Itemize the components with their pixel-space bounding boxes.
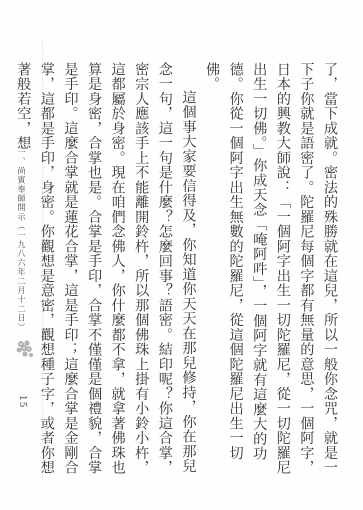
flower-ornament-icon	[14, 338, 36, 360]
book-page: 了，當下成就。密法的殊勝就在這兒，所以一般你念咒，就是一下子你就是語密了。陀羅尼…	[0, 0, 363, 510]
body-text: 了，當下成就。密法的殊勝就在這兒，所以一般你念咒，就是一下子你就是語密了。陀羅尼…	[21, 62, 341, 482]
paragraph-2: 這個事大家要信得及，你知道你天天在那兒修持，你在那兒念一句，這一句是什麼？怎麼回…	[11, 62, 200, 482]
paragraph-1: 了，當下成就。密法的殊勝就在這兒，所以一般你念咒，就是一下子你就是語密了。陀羅尼…	[199, 62, 341, 482]
running-title: 一、尚賓奉師開示（一九八六年二月十二日）	[16, 148, 27, 332]
page-number: 15	[17, 395, 27, 408]
